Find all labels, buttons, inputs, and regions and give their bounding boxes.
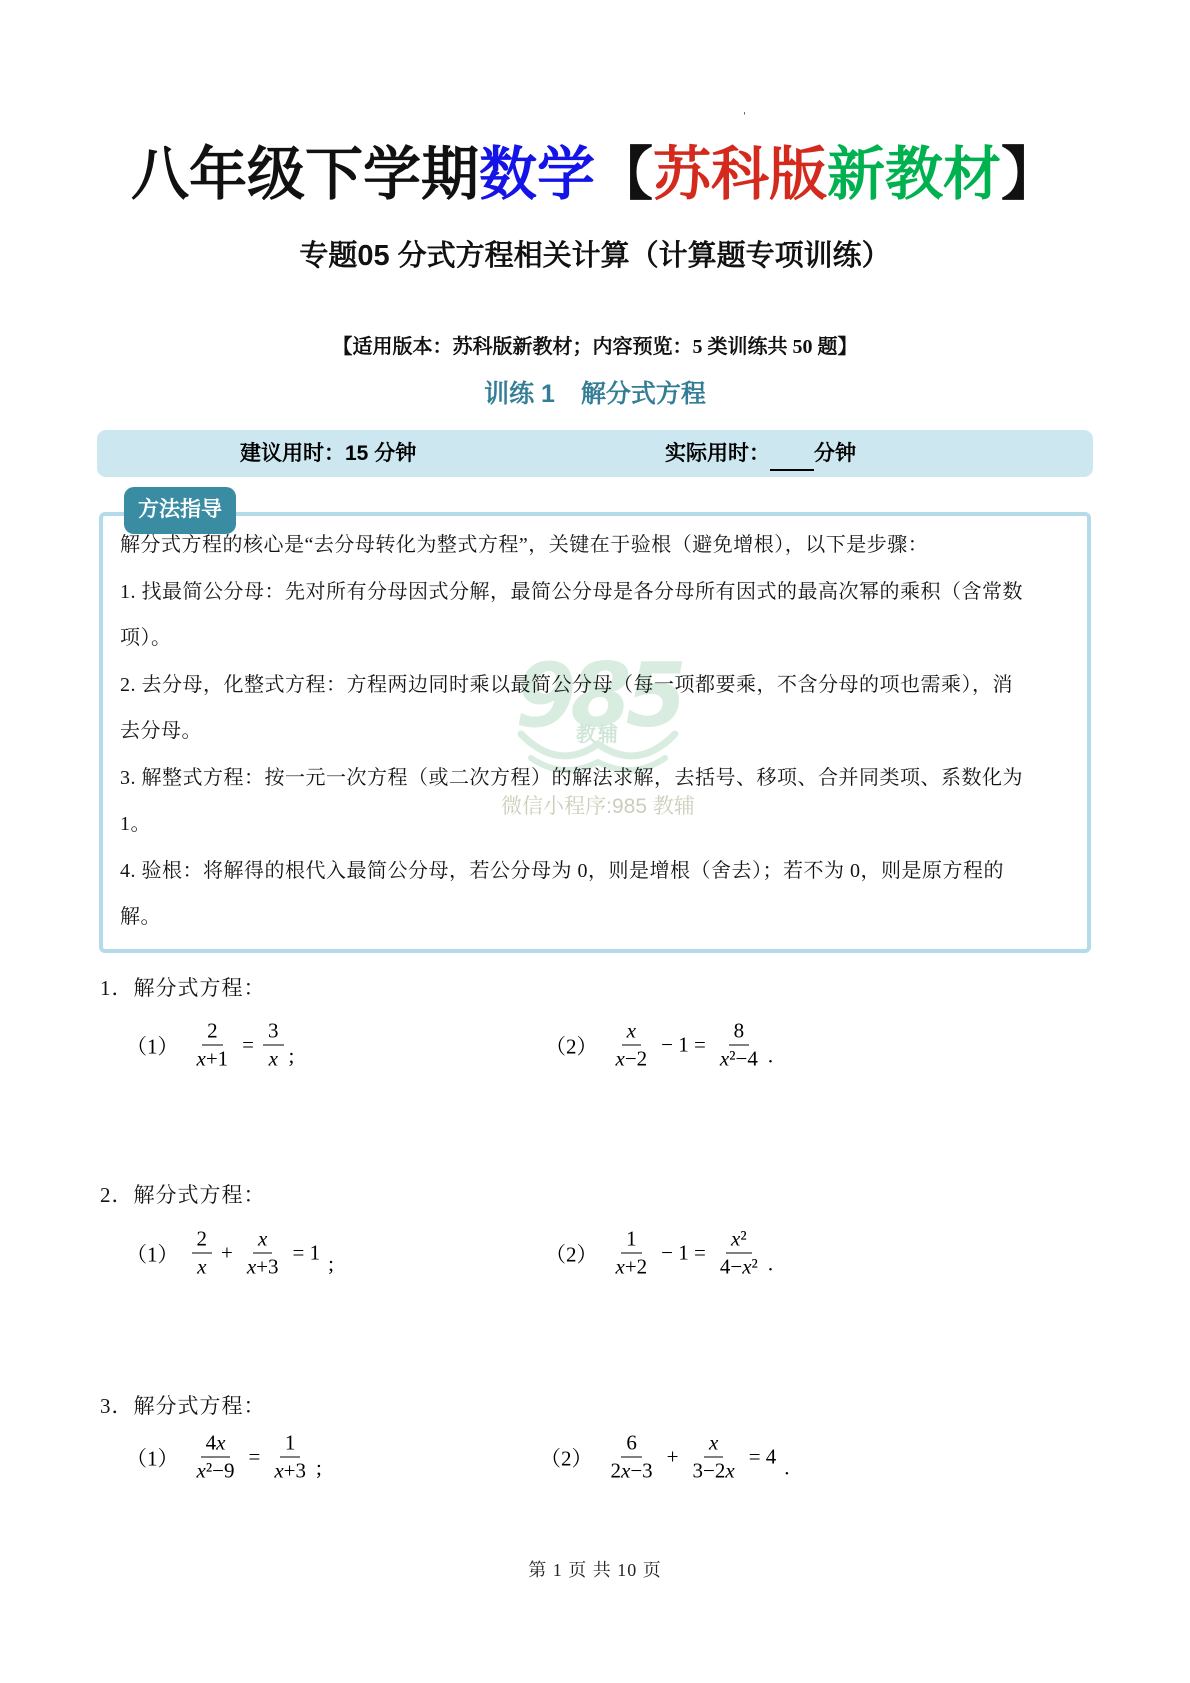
actual-time-label: 实际用时：分钟 xyxy=(665,430,856,477)
fraction-denominator: x xyxy=(192,1254,211,1281)
fraction: xx+3 xyxy=(242,1226,284,1281)
fraction-numerator: 2 xyxy=(202,1018,223,1046)
fraction-denominator: x+3 xyxy=(242,1254,284,1281)
fraction-numerator: 3 xyxy=(263,1018,284,1046)
problem-heading: 1．解分式方程： xyxy=(100,972,266,1002)
method-line: 去分母。 xyxy=(120,708,1072,755)
problem-heading: 2．解分式方程： xyxy=(100,1179,266,1209)
fraction: x²4−x² xyxy=(715,1226,763,1281)
math-punct: ; xyxy=(316,1456,322,1481)
section-label: 训练 1 xyxy=(484,380,555,408)
method-line: 1。 xyxy=(120,801,1072,848)
method-guide-tab: 方法指导 xyxy=(124,487,236,534)
fraction: xx−2 xyxy=(611,1018,653,1073)
equation-number: （1） xyxy=(126,1442,179,1472)
equation-number: （2） xyxy=(540,1442,593,1472)
version-info: 【适用版本：苏科版新教材；内容预览：5 类训练共 50 题】 xyxy=(0,330,1190,359)
equation-number: （1） xyxy=(126,1030,179,1060)
fraction: 8x²−4 xyxy=(715,1018,763,1073)
fraction-denominator: 2x−3 xyxy=(606,1458,658,1485)
fraction-numerator: 8 xyxy=(729,1018,750,1046)
equation-number: （1） xyxy=(126,1238,179,1268)
actual-time-prefix: 实际用时： xyxy=(665,442,770,465)
fraction-denominator: x²−9 xyxy=(192,1458,240,1485)
fraction-denominator: x²−4 xyxy=(715,1046,763,1073)
topic-subtitle: 专题05 分式方程相关计算（计算题专项训练） xyxy=(0,233,1190,274)
math-op: = 4 xyxy=(749,1445,777,1470)
equation: （2）1x+2− 1 =x²4−x². xyxy=(545,1226,773,1281)
title-edition: 苏科版 xyxy=(653,142,827,207)
math-punct: ; xyxy=(328,1252,334,1277)
title-material: 新教材 xyxy=(827,142,1001,207)
equation: （1）4xx²−9=1x+3; xyxy=(126,1430,322,1485)
math-punct: . xyxy=(768,1044,773,1069)
fraction: 4xx²−9 xyxy=(192,1430,240,1485)
fraction: 62x−3 xyxy=(606,1430,658,1485)
math-op: − 1 = xyxy=(661,1241,706,1266)
fraction-denominator: x+1 xyxy=(192,1046,234,1073)
equation-number: （2） xyxy=(545,1030,598,1060)
method-line: 解分式方程的核心是“去分母转化为整式方程”，关键在于验根（避免增根），以下是步骤… xyxy=(120,522,1072,569)
math-punct: . xyxy=(784,1456,789,1481)
math-op: − 1 = xyxy=(661,1033,706,1058)
title-grade: 八年级下学期 xyxy=(131,142,479,207)
fraction: 1x+3 xyxy=(269,1430,311,1485)
math-punct: . xyxy=(768,1252,773,1277)
fraction-numerator: 1 xyxy=(621,1226,642,1254)
fraction-numerator: 2 xyxy=(192,1226,213,1254)
fraction-numerator: x xyxy=(253,1226,272,1254)
time-banner: 建议用时：15 分钟 实际用时：分钟 xyxy=(97,430,1093,477)
actual-time-unit: 分钟 xyxy=(814,442,856,465)
math-op: = xyxy=(248,1445,260,1470)
fraction: x3−2x xyxy=(688,1430,740,1485)
math-punct: ; xyxy=(289,1044,295,1069)
fraction-numerator: 1 xyxy=(280,1430,301,1458)
method-line: 项）。 xyxy=(120,615,1072,662)
fraction-denominator: x+3 xyxy=(269,1458,311,1485)
method-line: 2. 去分母，化整式方程：方程两边同时乘以最简公分母（每一项都要乘，不含分母的项… xyxy=(120,662,1072,709)
section-name: 解分式方程 xyxy=(581,380,706,408)
problem-heading: 3．解分式方程： xyxy=(100,1390,266,1420)
section-title: 训练 1解分式方程 xyxy=(0,374,1190,410)
method-guide-text: 解分式方程的核心是“去分母转化为整式方程”，关键在于验根（避免增根），以下是步骤… xyxy=(103,516,1087,941)
worksheet-page: ˈ 八年级下学期数学【苏科版新教材】 专题05 分式方程相关计算（计算题专项训练… xyxy=(0,0,1190,1683)
fraction-numerator: x² xyxy=(726,1226,752,1254)
title-bracket-open: 【 xyxy=(595,142,653,207)
fraction-numerator: x xyxy=(622,1018,641,1046)
math-op: = xyxy=(242,1033,254,1058)
method-line: 1. 找最简公分母：先对所有分母因式分解，最简公分母是各分母所有因式的最高次幂的… xyxy=(120,569,1072,616)
method-line: 4. 验根：将解得的根代入最简公分母，若公分母为 0，则是增根（舍去）；若不为 … xyxy=(120,848,1072,895)
math-op: + xyxy=(221,1241,233,1266)
method-line: 3. 解整式方程：按一元一次方程（或二次方程）的解法求解，去括号、移项、合并同类… xyxy=(120,755,1072,802)
fraction-denominator: x+2 xyxy=(611,1254,653,1281)
method-guide-box: 985 教辅 微信小程序:985 教辅 解分式方程的核心是“去分母转化为整式方程… xyxy=(99,512,1091,953)
fraction-denominator: 4−x² xyxy=(715,1254,763,1281)
fraction: 2x xyxy=(192,1226,213,1281)
equation: （2）62x−3+x3−2x= 4. xyxy=(540,1430,790,1485)
actual-time-blank-field[interactable] xyxy=(770,439,814,471)
stray-mark: ˈ xyxy=(742,110,747,127)
fraction: 1x+2 xyxy=(611,1226,653,1281)
fraction: 3x xyxy=(263,1018,284,1073)
equation: （1）2x+xx+3= 1; xyxy=(126,1226,334,1281)
title-subject: 数学 xyxy=(479,142,595,207)
fraction: 2x+1 xyxy=(192,1018,234,1073)
math-op: = 1 xyxy=(293,1241,321,1266)
page-title: 八年级下学期数学【苏科版新教材】 xyxy=(0,144,1190,206)
page-footer: 第 1 页 共 10 页 xyxy=(0,1556,1190,1582)
math-op: + xyxy=(667,1445,679,1470)
equation-number: （2） xyxy=(545,1238,598,1268)
fraction-denominator: x−2 xyxy=(611,1046,653,1073)
fraction-numerator: 6 xyxy=(621,1430,642,1458)
method-line: 解。 xyxy=(120,894,1072,941)
title-bracket-close: 】 xyxy=(1001,142,1059,207)
equation: （1）2x+1=3x; xyxy=(126,1018,294,1073)
fraction-numerator: 4x xyxy=(201,1430,231,1458)
fraction-denominator: x xyxy=(264,1046,283,1073)
suggested-time-label: 建议用时：15 分钟 xyxy=(240,430,416,477)
fraction-denominator: 3−2x xyxy=(688,1458,740,1485)
equation: （2）xx−2− 1 =8x²−4. xyxy=(545,1018,773,1073)
fraction-numerator: x xyxy=(704,1430,723,1458)
